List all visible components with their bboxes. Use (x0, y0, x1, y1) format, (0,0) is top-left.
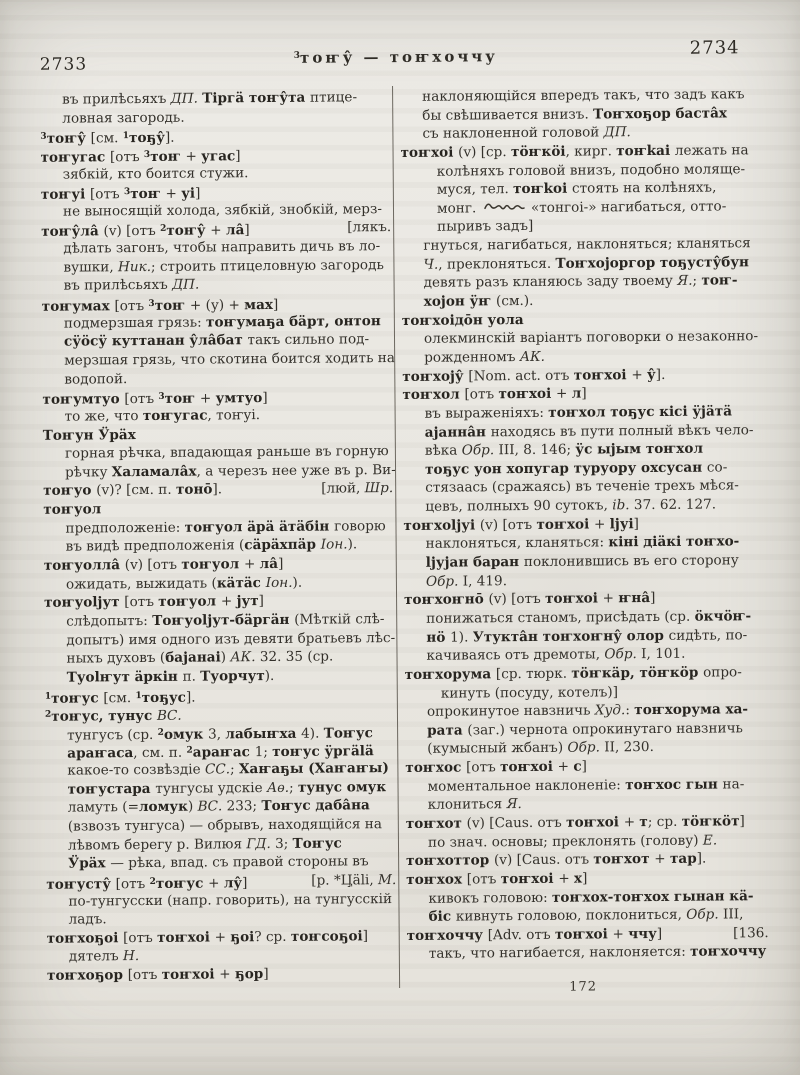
catchword: [136. (733, 924, 769, 943)
running-title-text: тоҥу̂ — тоҥхоччу (300, 47, 498, 67)
dictionary-column-left: въ прилѣсьяхъ ДП. Тіргä тоҥу̂та птице-ло… (40, 88, 399, 985)
dict-line: такъ, что нагибается, наклоняется: тоҥхо… (407, 943, 771, 964)
dictionary-column-right: наклоняющійся впередъ такъ, что задъ как… (400, 85, 771, 964)
dict-line: тоҥхоҕор [отъ тоҥхоі + ҕор] (47, 964, 399, 985)
running-title: 3тоҥу̂ — тоҥхоччу (0, 45, 796, 69)
scanned-dictionary-page: 2733 3тоҥу̂ — тоҥхоччу 2734 въ прилѣсьях… (0, 0, 800, 1075)
sheet-signature-number: 172 (559, 979, 607, 994)
catchword: [лякъ. (347, 219, 391, 238)
catchword: [р. *Ц̧älі, М. (311, 871, 396, 890)
catchword: [люй, Шр. (321, 480, 393, 499)
page-number-right: 2734 (690, 37, 740, 58)
